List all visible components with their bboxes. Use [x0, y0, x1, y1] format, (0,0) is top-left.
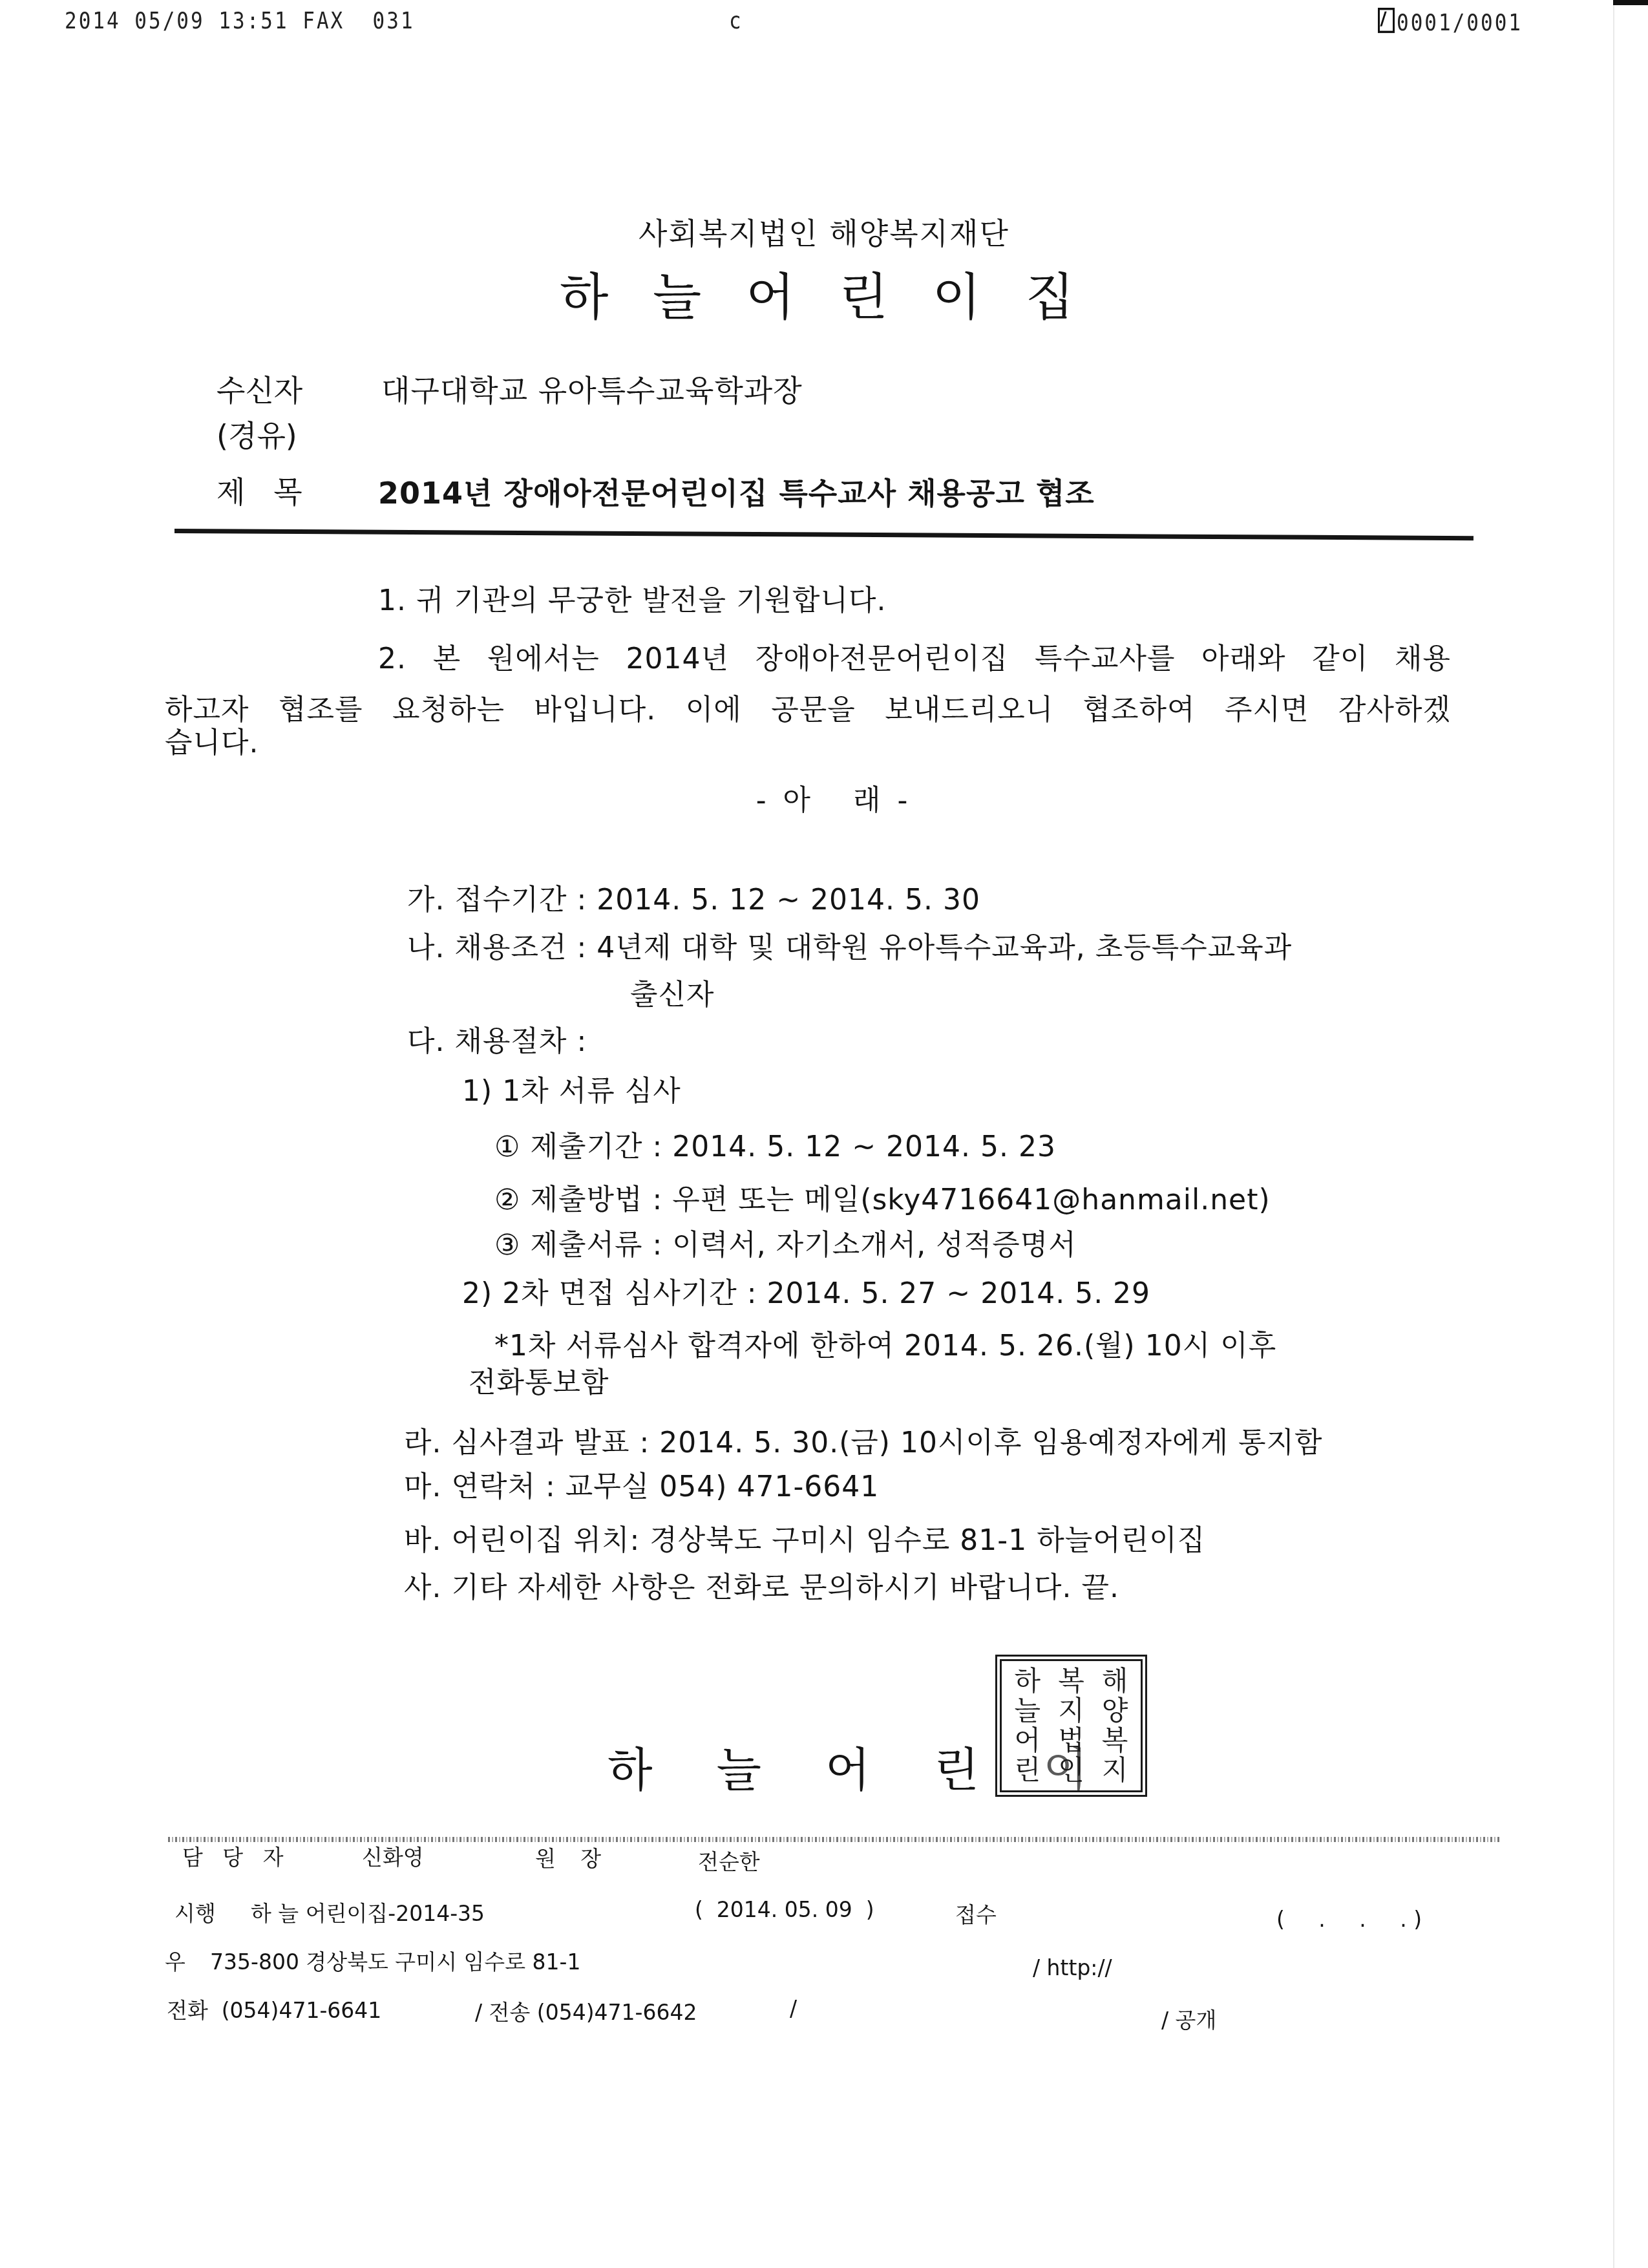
paragraph-1: 1. 귀 기관의 무궁한 발전을 기원합니다.: [378, 577, 886, 619]
item-ga: 가. 접수기간 : 2014. 5. 12 ~ 2014. 5. 30: [407, 876, 980, 918]
fax-page-number: 0001/0001: [1397, 9, 1523, 36]
seal-glyph: 린: [1006, 1755, 1050, 1785]
staff-name: 신화영: [362, 1841, 424, 1871]
fax-number: / 전송 (054)471-6642: [475, 1996, 697, 2026]
official-seal: 하 복 해 늘 지 양 어 법 복 린 인 지: [995, 1655, 1147, 1797]
director-name: 전순한: [698, 1845, 760, 1876]
section-mark: - 아 래 -: [0, 777, 1648, 818]
paragraph-2-line-1: 2. 본 원에서는 2014년 장애아전문어린이집 특수교사를 아래와 같이 채…: [378, 635, 1451, 677]
organization-name: 사회복지법인 해양복지재단: [0, 210, 1648, 253]
fax-page-counter: 0001/0001: [1378, 8, 1523, 36]
fax-mark: c: [729, 8, 743, 34]
director-label: 원 장: [535, 1842, 610, 1872]
item-na-cont: 출신자: [630, 971, 715, 1013]
item-ma: 마. 연락처 : 교무실 054) 471-6641: [404, 1463, 879, 1505]
fax-page-icon: [1378, 8, 1395, 33]
scan-corner-mark: [1613, 0, 1648, 5]
item-sa: 사. 기타 자세한 사항은 전화로 문의하시기 바랍니다. 끝.: [404, 1564, 1119, 1606]
phone-number: 전화 (054)471-6641: [167, 1994, 381, 2024]
step-1-a: ① 제출기간 : 2014. 5. 12 ~ 2014. 5. 23: [494, 1123, 1056, 1165]
disclosure-status: / 공개: [1161, 2004, 1216, 2034]
seal-glyph: 지: [1050, 1696, 1093, 1726]
fax-timestamp: 2014 05/09 13:51 FAX 031: [65, 8, 415, 34]
paragraph-2-line-3: 습니다.: [165, 719, 259, 761]
seal-glyph: 해: [1093, 1666, 1137, 1696]
seal-glyph: 양: [1093, 1696, 1137, 1726]
fax-line-id: 031: [373, 8, 415, 34]
subject-value: 2014년 장애아전문어린이집 특수교사 채용공고 협조: [378, 470, 1095, 513]
step-2-note-cont: 전화통보함: [469, 1359, 609, 1401]
seal-glyph: 인: [1050, 1755, 1093, 1785]
step-2: 2) 2차 면접 심사기간 : 2014. 5. 27 ~ 2014. 5. 2…: [462, 1270, 1150, 1311]
receipt-label: 접수: [955, 1898, 997, 1929]
item-ra: 라. 심사결과 발표 : 2014. 5. 30.(금) 10시이후 임용예정자…: [404, 1419, 1323, 1461]
enforcement-number: 하 늘 어린이집-2014-35: [251, 1897, 485, 1927]
step-2-note: *1차 서류심사 합격자에 한하여 2014. 5. 26.(월) 10시 이후: [494, 1322, 1276, 1364]
seal-glyph: 법: [1050, 1726, 1093, 1755]
institution-title: 하 늘 어 린 이 집: [0, 257, 1648, 330]
step-1-c: ③ 제출서류 : 이력서, 자기소개서, 성적증명서: [494, 1222, 1077, 1263]
subject-underline: [174, 529, 1474, 540]
postal-address: 735-800 경상북도 구미시 임수로 81-1: [210, 1945, 581, 1976]
staff-label: 담 당 자: [182, 1841, 290, 1871]
seal-glyph: 지: [1093, 1755, 1137, 1785]
step-1-b: ② 제출방법 : 우편 또는 메일(sky4716641@hanmail.net…: [494, 1176, 1271, 1218]
postal-label: 우: [165, 1945, 185, 1976]
receipt-date: ( . . . ): [1276, 1907, 1422, 1932]
page-edge: [1613, 0, 1614, 2268]
seal-glyph: 어: [1006, 1726, 1050, 1755]
seal-glyph: 늘: [1006, 1696, 1050, 1726]
via-label: (경유): [217, 412, 297, 455]
fax-time: 2014 05/09 13:51 FAX: [65, 8, 344, 34]
item-ba: 바. 어린이집 위치: 경상북도 구미시 임수로 81-1 하늘어린이집: [404, 1517, 1205, 1558]
seal-glyph: 하: [1006, 1666, 1050, 1696]
subject-label: 제 목: [217, 469, 302, 511]
seal-glyph: 복: [1093, 1726, 1137, 1755]
paragraph-2-line-2: 하고자 협조를 요청하는 바입니다. 이에 공문을 보내드리오니 협조하여 주시…: [165, 686, 1451, 728]
enforcement-label: 시행: [174, 1897, 216, 1927]
step-1: 1) 1차 서류 심사: [462, 1068, 681, 1109]
recipient-label: 수신자: [217, 367, 302, 410]
recipient-value: 대구대학교 유아특수교육학과장: [381, 367, 803, 410]
item-da: 다. 채용절차 :: [407, 1018, 587, 1059]
seal-glyph: 복: [1050, 1666, 1093, 1696]
email-separator: /: [790, 1996, 797, 2021]
homepage-url[interactable]: / http://: [1033, 1955, 1112, 1980]
enforcement-date: ( 2014. 05. 09 ): [695, 1897, 874, 1922]
item-na: 나. 채용조건 : 4년제 대학 및 대학원 유아특수교육과, 초등특수교육과: [407, 924, 1292, 966]
